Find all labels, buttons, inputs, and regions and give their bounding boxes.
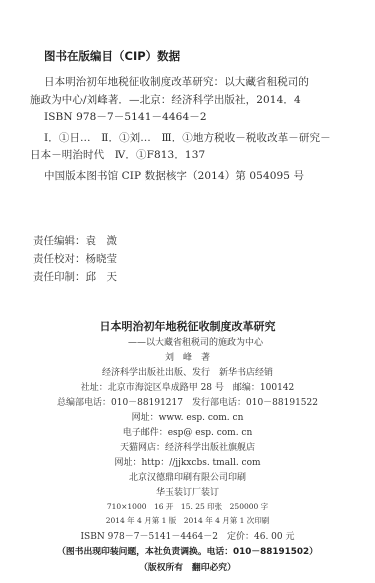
cip-line: 日本－明治时代 Ⅳ．①F813．137 — [30, 147, 205, 162]
binder: 华玉装订厂装订 — [0, 485, 375, 498]
cip-heading: 图书在版编目（CIP）数据 — [44, 48, 180, 64]
credit-proofreader: 责任校对：杨晓莹 — [33, 251, 117, 266]
book-format: 710×1000 16 开 15. 25 印张 250000 字 — [0, 501, 375, 512]
credit-value: 袁 溦 — [86, 235, 118, 247]
cip-line: 施政为中心/刘峰著．—北京：经济科学出版社，2014．4 — [30, 92, 301, 107]
publisher-website: 网址：www. esp. com. cn — [0, 410, 375, 423]
publisher-address: 社址：北京市海淀区阜成路甲 28 号 邮编：100142 — [0, 380, 375, 393]
credit-printing: 责任印制：邱 天 — [33, 269, 117, 284]
credit-value: 杨晓莹 — [86, 253, 118, 265]
credit-value: 邱 天 — [86, 271, 118, 283]
edition-info: 2014 年 4 月第 1 版 2014 年 4 月第 1 次印刷 — [0, 515, 375, 526]
credit-editor: 责任编辑：袁 溦 — [33, 233, 117, 248]
credit-label: 责任校对： — [33, 253, 86, 265]
book-title: 日本明治初年地税征收制度改革研究 — [0, 318, 375, 334]
credit-label: 责任印制： — [33, 271, 86, 283]
cip-record-number: 中国版本图书馆 CIP 数据核字（2014）第 054095 号 — [44, 168, 304, 183]
cip-line: 日本明治初年地税征收制度改革研究：以大藏省租税司的 — [44, 74, 309, 89]
cip-isbn: ISBN 978－7－5141－4464－2 — [44, 109, 207, 124]
defect-notice: （图书出现印装问题，本社负责调换。电话：010－88191502） — [0, 544, 375, 557]
printer: 北京汉德鼎印刷有限公司印刷 — [0, 470, 375, 483]
book-subtitle: ——以大藏省租税司的施政为中心 — [8, 335, 375, 348]
isbn-price: ISBN 978－7－5141－4464－2 定价：46. 00 元 — [0, 529, 375, 542]
tmall-url: 网址：http：//jjkxcbs. tmall. com — [0, 455, 375, 468]
publisher-line: 经济科学出版社出版、发行 新华书店经销 — [0, 365, 375, 378]
book-author: 刘 峰 著 — [0, 350, 375, 363]
publisher-email: 电子邮件：esp@ esp. com. cn — [0, 425, 375, 438]
credit-label: 责任编辑： — [33, 235, 86, 247]
publisher-phones: 总编部电话：010－88191217 发行部电话：010－88191522 — [0, 395, 375, 408]
cip-classification: Ⅰ．①日… Ⅱ．①刘… Ⅲ．①地方税收－税收改革－研究－ — [44, 130, 331, 145]
copyright-notice: （版权所有 翻印必究） — [0, 560, 375, 573]
tmall-store: 天猫网店：经济科学出版社旗舰店 — [0, 440, 375, 453]
